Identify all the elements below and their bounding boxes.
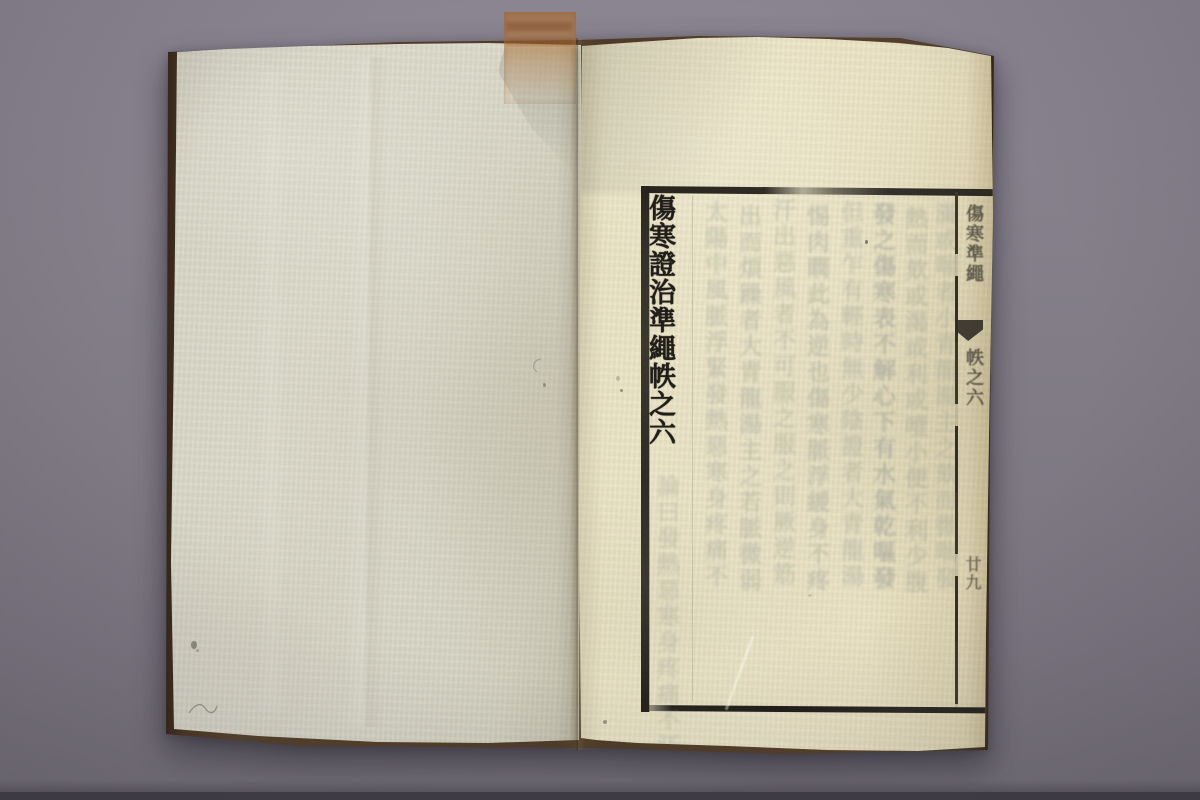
page-crease (256, 72, 286, 712)
banxin-title-fragment: 傷寒準繩 (960, 204, 986, 316)
frame-border-bottom (644, 705, 993, 713)
right-page: 傷寒證治準繩帙之六 論曰發熱惡寒身疼痛不汗出 太陽中風脈浮緊發熱惡寒身疼痛不 出… (578, 34, 996, 752)
ink-speck (543, 383, 546, 387)
ink-speck (620, 389, 623, 392)
paper-texture (168, 42, 582, 744)
label-smudge (506, 38, 572, 47)
bleedthrough-column: 出而煩躁者大青龍湯主之若脈微弱 (732, 204, 765, 704)
ink-speck (865, 240, 868, 244)
page-crease (343, 57, 389, 727)
left-page (168, 42, 582, 744)
left-page-paper (168, 42, 582, 744)
bleedthrough-column: 惕肉瞤此為逆也傷寒脈浮緩身不疼 (800, 204, 833, 704)
photo-edge (0, 792, 1200, 800)
bleedthrough-column: 熱而欬或渴或利或噎小便不利少腹 (898, 206, 931, 696)
bleedthrough-column: 論曰發熱惡寒身疼痛不汗出 (650, 474, 683, 714)
banxin-rule (955, 192, 958, 708)
ink-speck (616, 376, 620, 381)
ink-speck (196, 649, 199, 652)
banxin-page-number: 廿九 (961, 556, 984, 608)
ink-speck (603, 720, 607, 724)
photo-edge-shade (0, 780, 1200, 792)
label-smudge (506, 22, 572, 31)
paper-mottling (168, 42, 582, 744)
stain (578, 38, 778, 193)
pencil-scribble (186, 694, 220, 720)
bleedthrough-column: 但重乍有輕時無少陰證者大青龍湯 (834, 200, 867, 700)
right-page-paper: 傷寒證治準繩帙之六 論曰發熱惡寒身疼痛不汗出 太陽中風脈浮緊發熱惡寒身疼痛不 出… (578, 34, 996, 752)
ink-speck (191, 641, 197, 649)
bleedthrough-column: 太陽中風脈浮緊發熱惡寒身疼痛不 (698, 200, 731, 700)
pencil-mark (528, 356, 550, 378)
bleedthrough-column: 發之傷寒表不解心下有水氣乾嘔發 (866, 202, 899, 702)
page-title: 傷寒證治準繩帙之六 (646, 194, 673, 462)
banxin-volume-fragment: 帙之六 (960, 348, 986, 432)
paper-label (504, 12, 576, 104)
ink-speck (808, 594, 812, 597)
bleedthrough-column: 汗出惡風者不可服之服之則厥逆筋 (766, 198, 799, 698)
column-rule (692, 196, 693, 701)
photograph: 傷寒證治準繩帙之六 論曰發熱惡寒身疼痛不汗出 太陽中風脈浮緊發熱惡寒身疼痛不 出… (0, 0, 1200, 800)
frame-border-top (641, 186, 993, 196)
